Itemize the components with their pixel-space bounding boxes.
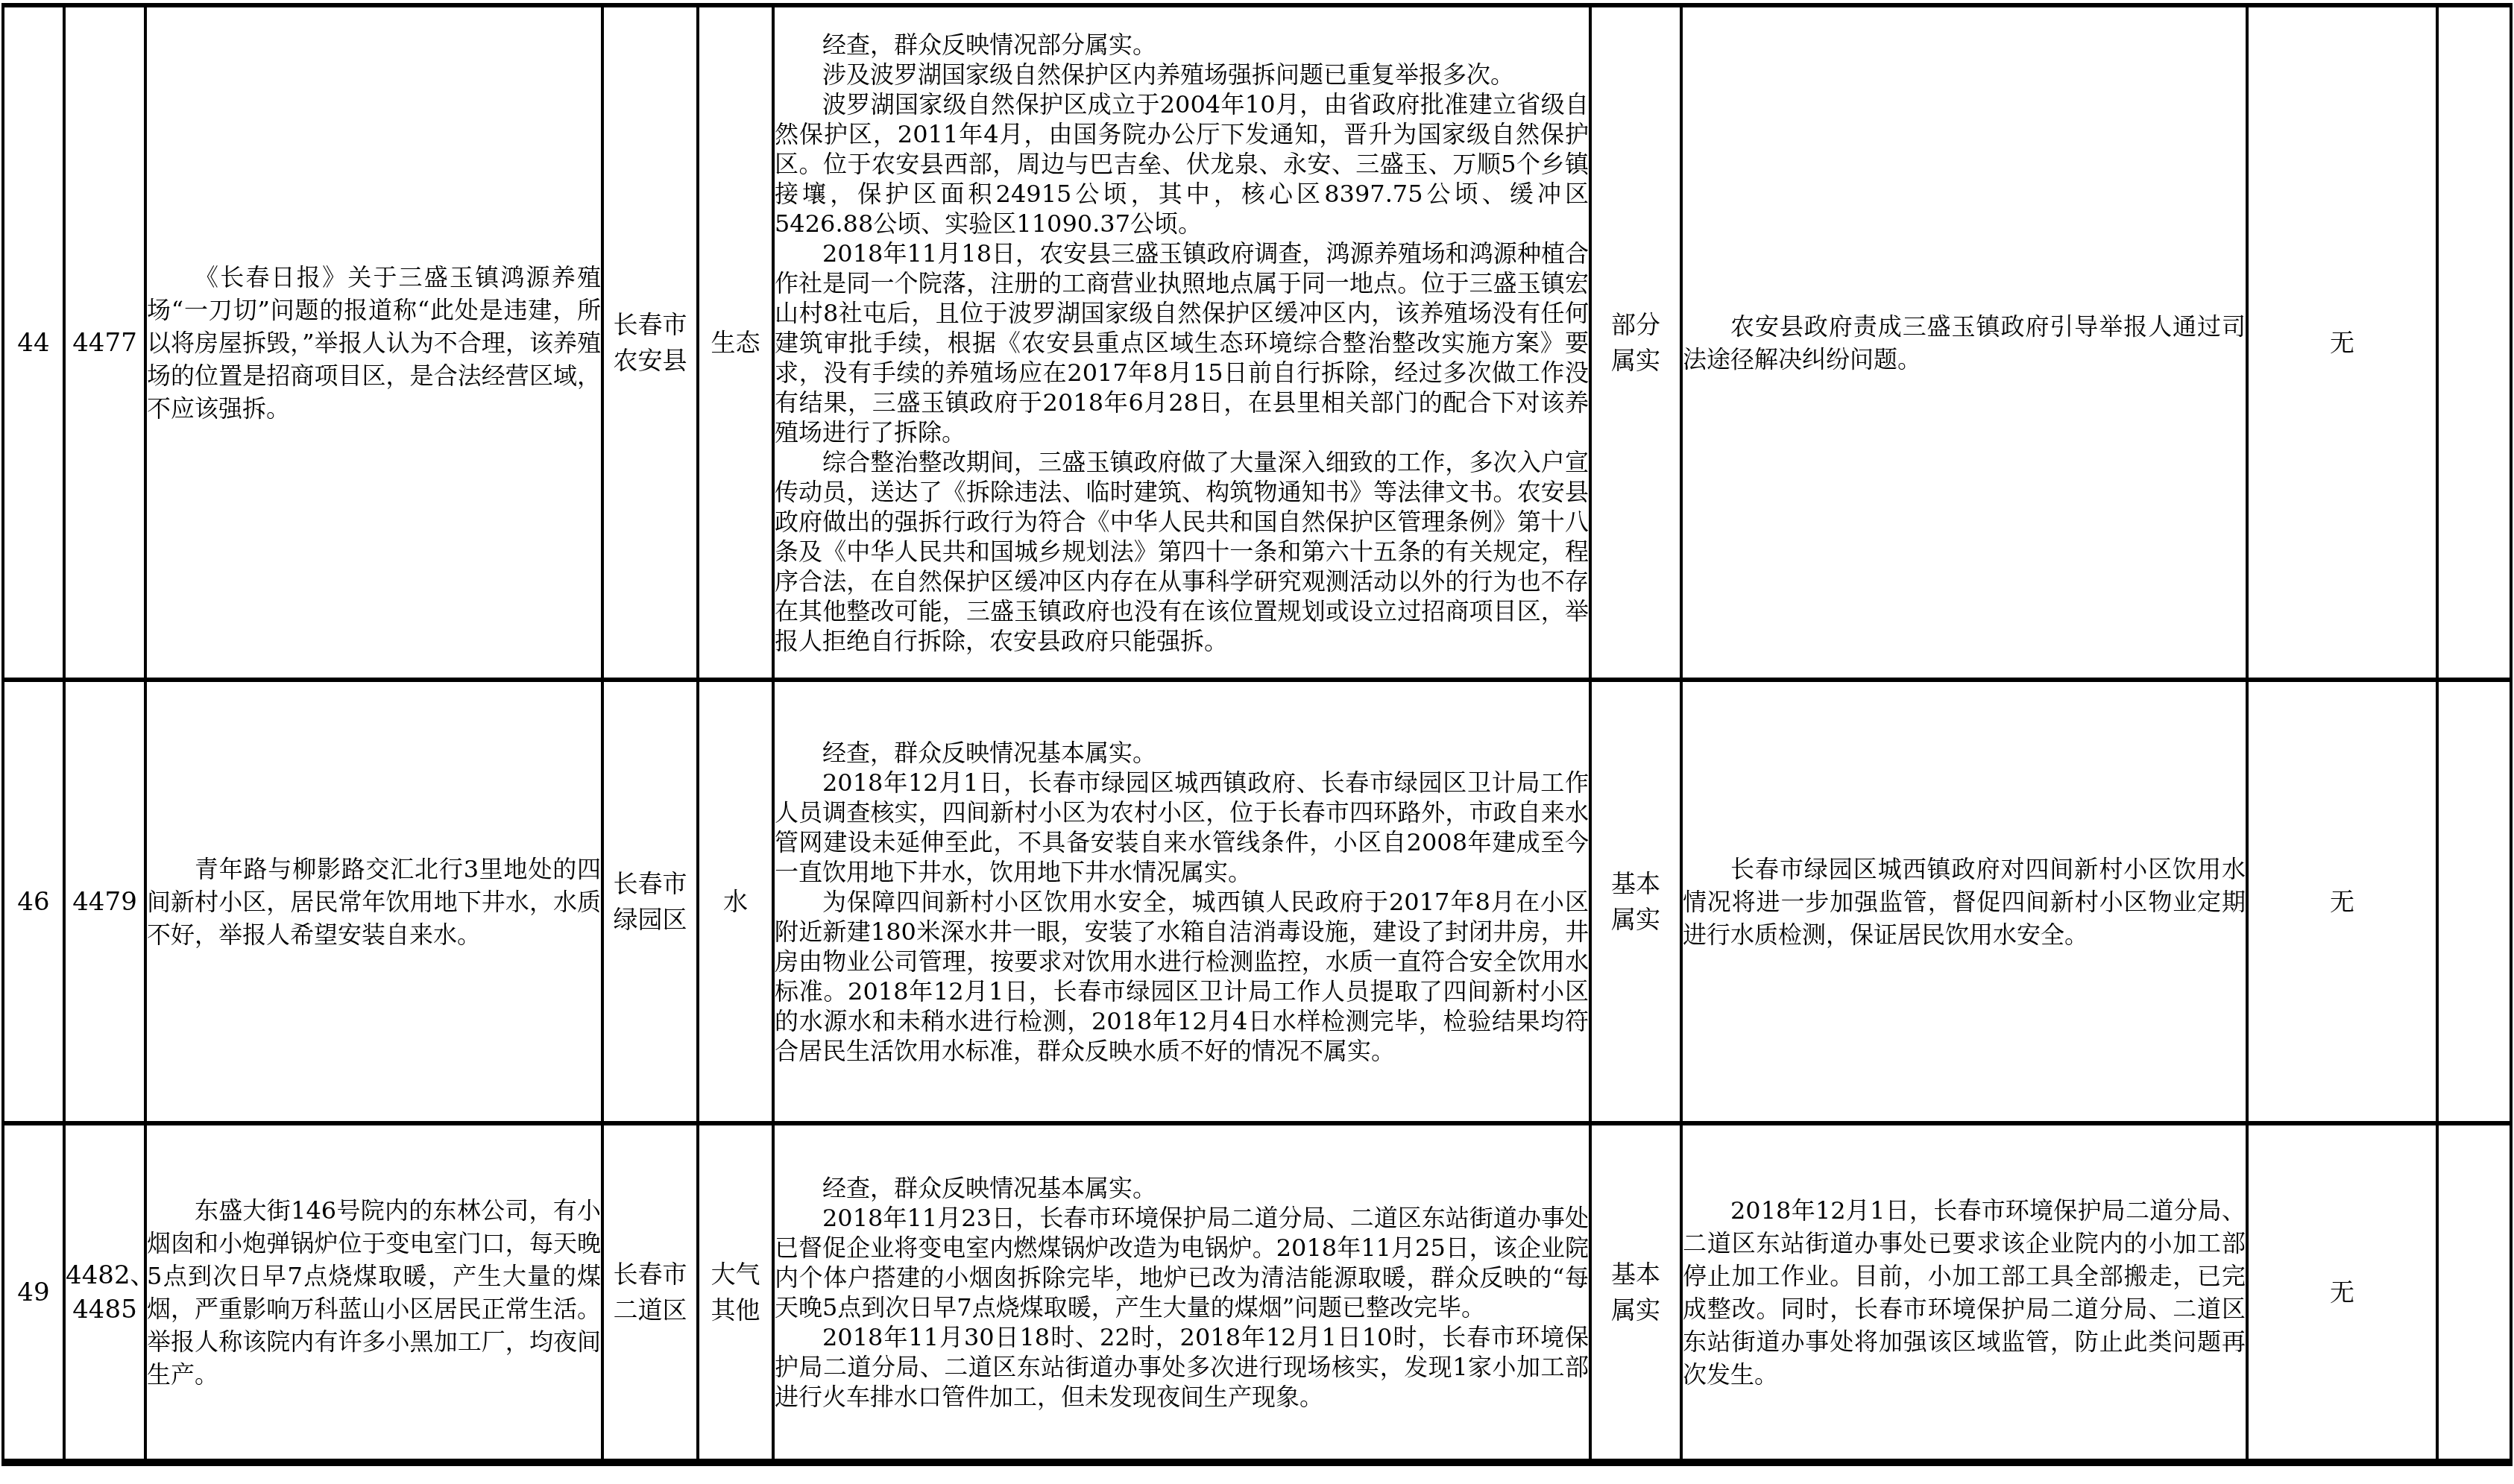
category-label: 生态 (699, 325, 772, 361)
handling-cell: 2018年12月1日，长春市环境保护局二道分局、二道区东站街道办事处已要求该企业… (1681, 1123, 2247, 1462)
investigation-paragraph: 综合整治整改期间，三盛玉镇政府做了大量深入细致的工作，多次入户宣传动员，送达了《… (775, 447, 1589, 656)
verification-label: 基本 (1592, 866, 1680, 902)
handling-cell: 长春市绿园区城西镇政府对四间新村小区饮用水情况将进一步加强监管，督促四间新村小区… (1681, 680, 2247, 1123)
investigation-paragraph: 波罗湖国家级自然保护区成立于2004年10月，由省政府批准建立省级自然保护区，2… (775, 89, 1589, 239)
remark-cell (2437, 1123, 2511, 1462)
district-name: 农安县 (604, 343, 696, 379)
complaint-cell: 《长春日报》关于三盛玉镇鸿源养殖场“一刀切”问题的报道称“此处是违建，所以将房屋… (145, 5, 602, 680)
verification-cell: 基本 属实 (1590, 680, 1681, 1123)
complaint-cell: 青年路与柳影路交汇北行3里地处的四间新村小区，居民常年饮用地下井水，水质不好，举… (145, 680, 602, 1123)
remark-cell (2437, 5, 2511, 680)
verification-cell: 部分 属实 (1590, 5, 1681, 680)
investigation-cell: 经查，群众反映情况基本属实。 2018年11月23日，长春市环境保护局二道分局、… (773, 1123, 1590, 1462)
complaint-cell: 东盛大街146号院内的东林公司，有小烟囱和小炮弹锅炉位于变电室门口，每天晚5点到… (145, 1123, 602, 1462)
handling-paragraph: 农安县政府责成三盛玉镇政府引导举报人通过司法途径解决纠纷问题。 (1683, 310, 2246, 376)
remark-cell (2437, 680, 2511, 1123)
accountability-label: 无 (2249, 1275, 2436, 1310)
table-row: 46 4479 青年路与柳影路交汇北行3里地处的四间新村小区，居民常年饮用地下井… (3, 680, 2511, 1123)
investigation-paragraph: 经查，群众反映情况基本属实。 (775, 738, 1589, 768)
accountability-cell: 无 (2247, 5, 2437, 680)
row-number: 46 (4, 885, 63, 919)
city-district-cell: 长春市 二道区 (602, 1123, 698, 1462)
case-number-cell: 4482、 4485 (64, 1123, 145, 1462)
category-cell: 大气 其他 (698, 1123, 773, 1462)
complaint-text: 青年路与柳影路交汇北行3里地处的四间新村小区，居民常年饮用地下井水，水质不好，举… (147, 853, 601, 951)
row-number-cell: 49 (3, 1123, 64, 1462)
complaint-text: 《长春日报》关于三盛玉镇鸿源养殖场“一刀切”问题的报道称“此处是违建，所以将房屋… (147, 261, 601, 425)
city-name: 长春市 (604, 866, 696, 902)
accountability-cell: 无 (2247, 680, 2437, 1123)
investigation-paragraph: 为保障四间新村小区饮用水安全，城西镇人民政府于2017年8月在小区附近新建180… (775, 887, 1589, 1066)
verification-label: 部分 (1592, 307, 1680, 343)
category-cell: 生态 (698, 5, 773, 680)
district-name: 二道区 (604, 1292, 696, 1328)
handling-paragraph: 2018年12月1日，长春市环境保护局二道分局、二道区东站街道办事处已要求该企业… (1683, 1194, 2246, 1391)
city-name: 长春市 (604, 1257, 696, 1292)
case-number: 4482、 (66, 1258, 144, 1292)
verification-label: 属实 (1592, 343, 1680, 379)
investigation-paragraph: 2018年11月23日，长春市环境保护局二道分局、二道区东站街道办事处已督促企业… (775, 1203, 1589, 1322)
case-number-cell: 4479 (64, 680, 145, 1123)
city-district-cell: 长春市 绿园区 (602, 680, 698, 1123)
city-name: 长春市 (604, 307, 696, 343)
district-name: 绿园区 (604, 902, 696, 938)
row-number-cell: 46 (3, 680, 64, 1123)
verification-label: 属实 (1592, 1292, 1680, 1328)
inspection-feedback-table: 44 4477 《长春日报》关于三盛玉镇鸿源养殖场“一刀切”问题的报道称“此处是… (1, 3, 2513, 1466)
table-row: 49 4482、 4485 东盛大街146号院内的东林公司，有小烟囱和小炮弹锅炉… (3, 1123, 2511, 1462)
category-label: 大气 (699, 1257, 772, 1292)
complaint-text: 东盛大街146号院内的东林公司，有小烟囱和小炮弹锅炉位于变电室门口，每天晚5点到… (147, 1194, 601, 1391)
row-number: 44 (4, 326, 63, 360)
investigation-cell: 经查，群众反映情况基本属实。 2018年12月1日，长春市绿园区城西镇政府、长春… (773, 680, 1590, 1123)
accountability-label: 无 (2249, 325, 2436, 361)
accountability-cell: 无 (2247, 1123, 2437, 1462)
row-number: 49 (4, 1275, 63, 1310)
category-cell: 水 (698, 680, 773, 1123)
investigation-paragraph: 经查，群众反映情况基本属实。 (775, 1173, 1589, 1203)
category-label: 其他 (699, 1292, 772, 1328)
case-number-cell: 4477 (64, 5, 145, 680)
accountability-label: 无 (2249, 884, 2436, 920)
handling-cell: 农安县政府责成三盛玉镇政府引导举报人通过司法途径解决纠纷问题。 (1681, 5, 2247, 680)
verification-cell: 基本 属实 (1590, 1123, 1681, 1462)
investigation-paragraph: 2018年11月30日18时、22时，2018年12月1日10时，长春市环境保护… (775, 1322, 1589, 1412)
investigation-cell: 经查，群众反映情况部分属实。 涉及波罗湖国家级自然保护区内养殖场强拆问题已重复举… (773, 5, 1590, 680)
verification-label: 属实 (1592, 902, 1680, 938)
case-number: 4477 (66, 326, 144, 360)
table-row: 44 4477 《长春日报》关于三盛玉镇鸿源养殖场“一刀切”问题的报道称“此处是… (3, 5, 2511, 680)
investigation-paragraph: 涉及波罗湖国家级自然保护区内养殖场强拆问题已重复举报多次。 (775, 60, 1589, 89)
row-number-cell: 44 (3, 5, 64, 680)
handling-paragraph: 长春市绿园区城西镇政府对四间新村小区饮用水情况将进一步加强监管，督促四间新村小区… (1683, 853, 2246, 951)
investigation-paragraph: 经查，群众反映情况部分属实。 (775, 30, 1589, 60)
investigation-paragraph: 2018年12月1日，长春市绿园区城西镇政府、长春市绿园区卫计局工作人员调查核实… (775, 768, 1589, 887)
document-page: { "table": { "rows": [ { "seq": "44", "c… (0, 0, 2514, 1484)
case-number: 4485 (66, 1292, 144, 1327)
city-district-cell: 长春市 农安县 (602, 5, 698, 680)
category-label: 水 (699, 884, 772, 920)
investigation-paragraph: 2018年11月18日，农安县三盛玉镇政府调查，鸿源养殖场和鸿源种植合作社是同一… (775, 239, 1589, 447)
verification-label: 基本 (1592, 1257, 1680, 1292)
case-number: 4479 (66, 885, 144, 919)
